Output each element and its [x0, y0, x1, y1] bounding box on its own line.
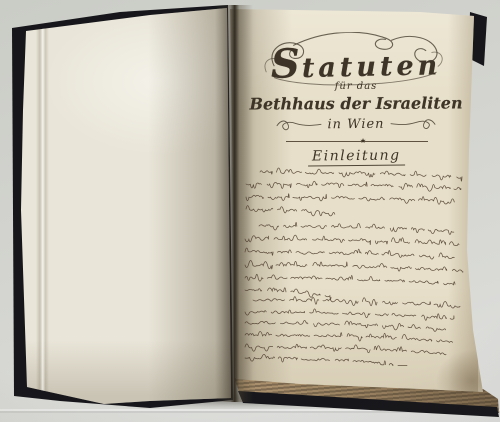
handwriting-line — [245, 274, 455, 285]
handwriting-line — [245, 320, 446, 331]
handwriting-line — [246, 206, 335, 216]
handwriting-line — [245, 248, 454, 259]
handwriting-line — [259, 222, 454, 234]
handwriting-line — [245, 344, 446, 355]
handwriting-line — [245, 235, 459, 245]
handwriting-line — [246, 181, 461, 191]
handwritten-paragraphs — [232, 8, 480, 392]
photograph-of-manuscript: Statuten für das Bethhaus der Israeliten… — [0, 0, 500, 422]
handwriting-line — [245, 288, 331, 300]
handwriting-line — [245, 331, 453, 342]
handwriting-line — [245, 260, 463, 272]
page-crease — [36, 10, 49, 410]
handwriting-line — [253, 297, 460, 308]
title-page-content: Statuten für das Bethhaus der Israeliten… — [232, 8, 480, 392]
handwriting-line — [246, 194, 454, 204]
handwriting-line — [245, 309, 454, 320]
handwriting-line — [260, 168, 462, 181]
handwriting-line — [245, 354, 407, 365]
